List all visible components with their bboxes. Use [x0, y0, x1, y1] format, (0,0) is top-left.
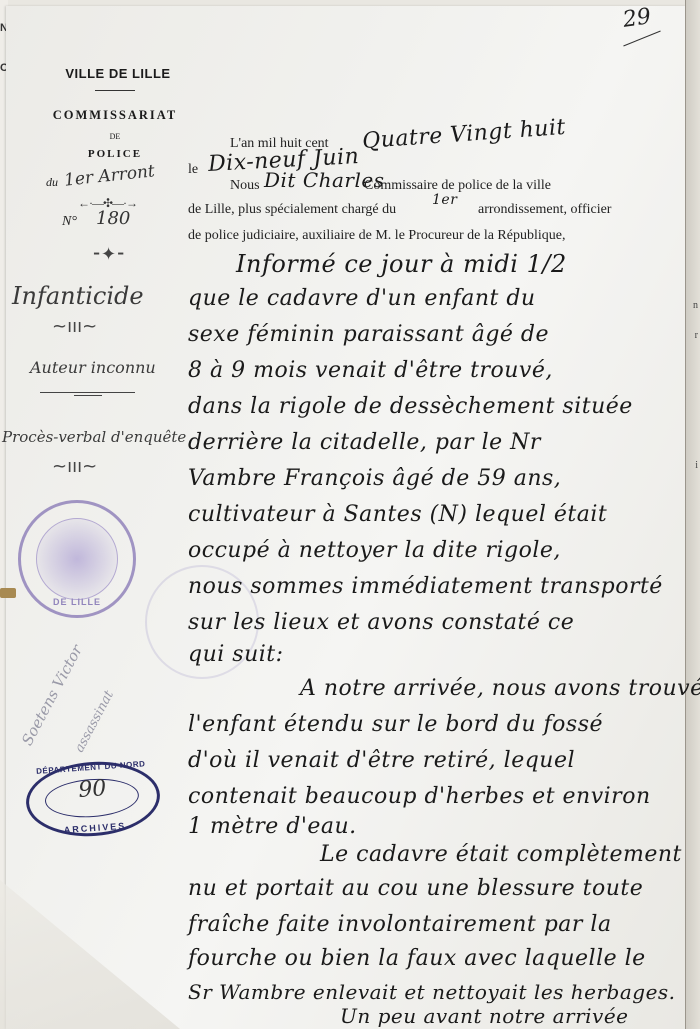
subject-label: Infanticide	[12, 282, 144, 310]
divider	[95, 90, 135, 91]
preamble-text: arrondissement, officier	[478, 202, 611, 218]
body-line: Le cadavre était complètement	[320, 842, 682, 867]
body-line: 8 à 9 mois venait d'être trouvé,	[188, 358, 553, 383]
office-heading-police: POLICE	[80, 148, 150, 160]
body-line: nu et portait au cou une blessure toute	[188, 876, 643, 901]
divider	[74, 395, 102, 396]
paper-tab	[0, 588, 16, 598]
body-line: Sr Wambre enlevait et nettoyait les herb…	[188, 980, 676, 1004]
body-line: fourche ou bien la faux avec laquelle le	[188, 946, 646, 971]
number-label: N°	[62, 214, 77, 230]
folio-number: 29	[621, 4, 652, 33]
body-line: qui suit:	[188, 642, 284, 667]
body-line: dans la rigole de dessèchement située	[188, 394, 633, 419]
seal-text: DE LILLE	[53, 597, 101, 607]
body-line: cultivateur à Santes (N) lequel était	[188, 502, 607, 527]
archives-number: 90	[28, 773, 157, 807]
body-line: sur les lieux et avons constaté ce	[188, 610, 574, 635]
body-line: 1 mètre d'eau.	[188, 814, 357, 839]
city-heading: VILLE DE LILLE	[58, 66, 178, 81]
preamble-text: Commissaire de police de la ville	[364, 178, 551, 194]
swirl-ornament: ~ııı~	[52, 316, 97, 337]
ornament-divider: ⁃✦⁃	[92, 244, 125, 265]
document-type-label: Procès-verbal d'enquête	[2, 428, 186, 446]
body-line: Vambre François âgé de 59 ans,	[188, 466, 561, 491]
body-line: derrière la citadelle, par le Nr	[188, 430, 541, 455]
number-value: 180	[96, 208, 130, 229]
office-heading: COMMISSARIAT	[40, 108, 190, 123]
date-label: le	[188, 162, 198, 178]
police-seal-stamp: DE LILLE	[18, 500, 136, 618]
nous-label: Nous	[230, 178, 260, 194]
swirl-ornament: ~ııı~	[52, 456, 97, 477]
body-line: que le cadavre d'un enfant du	[188, 286, 536, 311]
body-line: fraîche faite involontairement par la	[188, 912, 612, 937]
divider	[40, 392, 135, 393]
right-page-edge	[685, 0, 700, 1029]
body-line: occupé à nettoyer la dite rigole,	[188, 538, 561, 563]
district-label: du	[46, 175, 58, 190]
body-line: Un peu avant notre arrivée	[340, 1004, 629, 1028]
seal-emblem	[36, 518, 118, 600]
office-heading-de: DE	[95, 132, 135, 141]
body-line: d'où il venait d'être retiré, lequel	[188, 748, 575, 773]
body-line: sexe féminin paraissant âgé de	[188, 322, 549, 347]
author-label: Auteur inconnu	[30, 358, 156, 377]
preamble-text: de Lille, plus spécialement chargé du	[188, 202, 396, 218]
preamble-text: de police judiciaire, auxiliaire de M. l…	[188, 228, 565, 244]
body-line: Informé ce jour à midi 1/2	[236, 250, 567, 278]
body-line: contenait beaucoup d'herbes et environ	[188, 784, 651, 809]
body-line: nous sommes immédiatement transporté	[188, 574, 663, 599]
body-line: l'enfant étendu sur le bord du fossé	[188, 712, 603, 737]
arrondissement-number: 1er	[432, 192, 457, 208]
body-line: A notre arrivée, nous avons trouvé	[300, 676, 700, 701]
